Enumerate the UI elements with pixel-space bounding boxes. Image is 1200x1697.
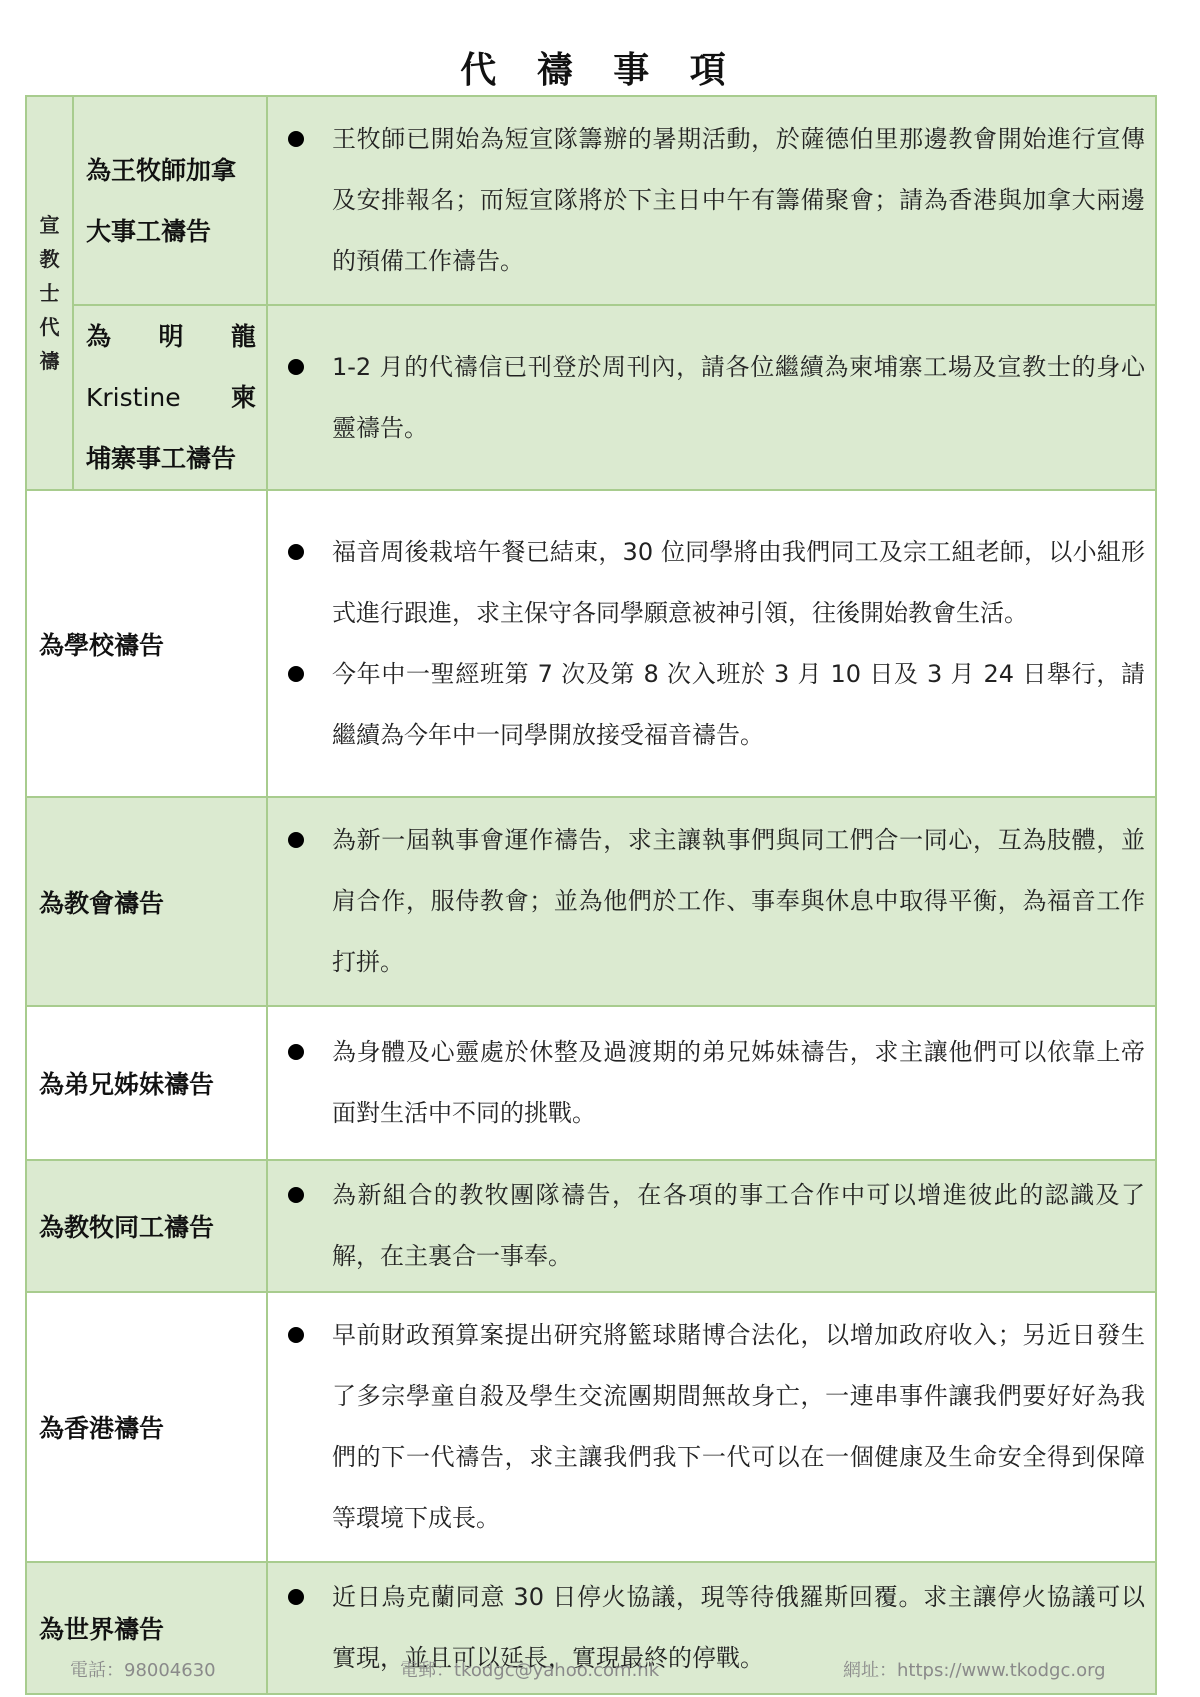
category-missionary: 宣 教 士 代 禱	[26, 96, 73, 490]
item-text: 早前財政預算案提出研究將籃球賭博合法化，以增加政府收入；另近日發生了多宗學童自殺…	[332, 1321, 1145, 1532]
list-item: 今年中一聖經班第 7 次及第 8 次入班於 3 月 10 日及 3 月 24 日…	[280, 644, 1145, 766]
item-text: 今年中一聖經班第 7 次及第 8 次入班於 3 月 10 日及 3 月 24 日…	[332, 660, 1145, 749]
subcategory-word: 柬	[231, 367, 256, 428]
bullet-icon	[288, 1327, 304, 1343]
subcategory-cambodia: 為 明 龍 Kristine 柬 埔寨事工禱告	[73, 305, 267, 490]
table-row-missionary-cambodia: 為 明 龍 Kristine 柬 埔寨事工禱告 1-2 月的代禱信已刊登於周刊內…	[26, 305, 1156, 490]
list-item: 為新組合的教牧團隊禱告，在各項的事工合作中可以增進彼此的認識及了解，在主裏合一事…	[280, 1165, 1145, 1287]
subcategory-line: 為王牧師加拿	[86, 140, 256, 201]
list-item: 王牧師已開始為短宣隊籌辦的暑期活動，於薩德伯里那邊教會開始進行宣傳及安排報名；而…	[280, 109, 1145, 292]
bullet-icon	[288, 1044, 304, 1060]
bullet-icon	[288, 1589, 304, 1605]
bullet-icon	[288, 832, 304, 848]
page-title: 代 禱 事 項	[0, 42, 1200, 93]
bullet-icon	[288, 544, 304, 560]
subcategory-line: 埔寨事工禱告	[86, 428, 256, 489]
table-row-pastoral-staff: 為教牧同工禱告 為新組合的教牧團隊禱告，在各項的事工合作中可以增進彼此的認識及了…	[26, 1160, 1156, 1292]
table-row-church: 為教會禱告 為新一屆執事會運作禱告，求主讓執事們與同工們合一同心，互為肢體，並肩…	[26, 797, 1156, 1006]
bullet-icon	[288, 1187, 304, 1203]
bullet-icon	[288, 666, 304, 682]
footer-website[interactable]: 網址：https://www.tkodgc.org	[843, 1656, 1106, 1682]
content-cell: 為新組合的教牧團隊禱告，在各項的事工合作中可以增進彼此的認識及了解，在主裏合一事…	[267, 1160, 1156, 1292]
bullet-icon	[288, 359, 304, 375]
item-text: 為新組合的教牧團隊禱告，在各項的事工合作中可以增進彼此的認識及了解，在主裏合一事…	[332, 1181, 1145, 1270]
subcategory-line: 為 明 龍	[86, 306, 256, 367]
category-hong-kong: 為香港禱告	[26, 1292, 267, 1562]
item-text: 王牧師已開始為短宣隊籌辦的暑期活動，於薩德伯里那邊教會開始進行宣傳及安排報名；而…	[332, 125, 1145, 275]
category-church: 為教會禱告	[26, 797, 267, 1006]
content-cell: 為新一屆執事會運作禱告，求主讓執事們與同工們合一同心，互為肢體，並肩合作，服侍教…	[267, 797, 1156, 1006]
item-text: 福音周後栽培午餐已結束，30 位同學將由我們同工及宗工組老師，以小組形式進行跟進…	[332, 538, 1145, 627]
list-item: 為新一屆執事會運作禱告，求主讓執事們與同工們合一同心，互為肢體，並肩合作，服侍教…	[280, 810, 1145, 993]
table-row-missionary-wang: 宣 教 士 代 禱 為王牧師加拿 大事工禱告 王牧師已開始為短宣隊籌辦的暑期活動…	[26, 96, 1156, 305]
category-char: 教	[27, 242, 72, 276]
category-char: 士	[27, 276, 72, 310]
item-text: 為身體及心靈處於休整及過渡期的弟兄姊妹禱告，求主讓他們可以依靠上帝面對生活中不同…	[332, 1038, 1145, 1127]
content-cell: 福音周後栽培午餐已結束，30 位同學將由我們同工及宗工組老師，以小組形式進行跟進…	[267, 490, 1156, 797]
subcategory-word: 為	[86, 306, 111, 367]
category-char: 禱	[27, 344, 72, 378]
list-item: 1-2 月的代禱信已刊登於周刊內，請各位繼續為柬埔寨工場及宣教士的身心靈禱告。	[280, 337, 1145, 459]
table-row-hong-kong: 為香港禱告 早前財政預算案提出研究將籃球賭博合法化，以增加政府收入；另近日發生了…	[26, 1292, 1156, 1562]
category-school: 為學校禱告	[26, 490, 267, 797]
item-text: 為新一屆執事會運作禱告，求主讓執事們與同工們合一同心，互為肢體，並肩合作，服侍教…	[332, 826, 1145, 976]
subcategory-word: Kristine	[86, 367, 181, 428]
footer-email[interactable]: 電郵：tkodgc@yahoo.com.hk	[400, 1656, 659, 1682]
list-item: 福音周後栽培午餐已結束，30 位同學將由我們同工及宗工組老師，以小組形式進行跟進…	[280, 522, 1145, 644]
bullet-icon	[288, 131, 304, 147]
category-pastoral-staff: 為教牧同工禱告	[26, 1160, 267, 1292]
prayer-table: 宣 教 士 代 禱 為王牧師加拿 大事工禱告 王牧師已開始為短宣隊籌辦的暑期活動…	[25, 95, 1157, 1695]
footer-phone: 電話：98004630	[70, 1656, 216, 1682]
subcategory-word: 龍	[231, 306, 256, 367]
category-char: 代	[27, 310, 72, 344]
content-cell: 為身體及心靈處於休整及過渡期的弟兄姊妹禱告，求主讓他們可以依靠上帝面對生活中不同…	[267, 1006, 1156, 1160]
item-text: 1-2 月的代禱信已刊登於周刊內，請各位繼續為柬埔寨工場及宣教士的身心靈禱告。	[332, 353, 1145, 442]
subcategory-line: Kristine 柬	[86, 367, 256, 428]
content-cell: 早前財政預算案提出研究將籃球賭博合法化，以增加政府收入；另近日發生了多宗學童自殺…	[267, 1292, 1156, 1562]
category-brothers-sisters: 為弟兄姊妹禱告	[26, 1006, 267, 1160]
subcategory-word: 明	[158, 306, 183, 367]
content-cell: 1-2 月的代禱信已刊登於周刊內，請各位繼續為柬埔寨工場及宣教士的身心靈禱告。	[267, 305, 1156, 490]
table-row-brothers-sisters: 為弟兄姊妹禱告 為身體及心靈處於休整及過渡期的弟兄姊妹禱告，求主讓他們可以依靠上…	[26, 1006, 1156, 1160]
content-cell: 王牧師已開始為短宣隊籌辦的暑期活動，於薩德伯里那邊教會開始進行宣傳及安排報名；而…	[267, 96, 1156, 305]
table-row-school: 為學校禱告 福音周後栽培午餐已結束，30 位同學將由我們同工及宗工組老師，以小組…	[26, 490, 1156, 797]
subcategory-wang: 為王牧師加拿 大事工禱告	[73, 96, 267, 305]
category-char: 宣	[27, 208, 72, 242]
list-item: 為身體及心靈處於休整及過渡期的弟兄姊妹禱告，求主讓他們可以依靠上帝面對生活中不同…	[280, 1022, 1145, 1144]
subcategory-line: 大事工禱告	[86, 201, 256, 262]
list-item: 早前財政預算案提出研究將籃球賭博合法化，以增加政府收入；另近日發生了多宗學童自殺…	[280, 1305, 1145, 1549]
